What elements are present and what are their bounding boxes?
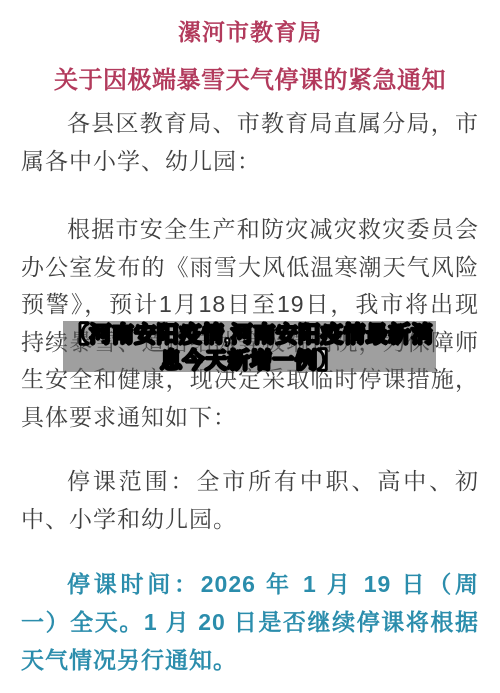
org-title: 漯河市教育局	[0, 14, 500, 47]
text-line: 停课范围：全市所有中职、高中、初	[21, 463, 479, 501]
text-line: 停课时间：2026 年 1 月 19 日（周	[21, 565, 479, 603]
text-line: 预警》，预计1月18日至19日，我市将出现	[21, 286, 479, 324]
text-line: 具体要求通知如下：	[21, 399, 479, 437]
text-line: 属各中小学、幼儿园：	[21, 143, 479, 181]
text-line: 办公室发布的《雨雪大风低温寒潮天气风险	[21, 249, 479, 287]
text-line: 中、小学和幼儿园。	[21, 501, 479, 539]
text-line: 天气情况另行通知。	[21, 641, 479, 679]
text-line: 根据市安全生产和防灾减灾救灾委员会	[21, 211, 479, 249]
notice-document: 漯河市教育局 关于因极端暴雪天气停课的紧急通知 各县区教育局、市教育局直属分局，…	[0, 0, 500, 693]
text-line: 一）全天。1 月 20 日是否继续停课将根据	[21, 603, 479, 641]
watermark-line-1: 【河南安阳疫情,河南安阳疫情最新消	[40, 322, 460, 348]
scope-paragraph: 停课范围：全市所有中职、高中、初 中、小学和幼儿园。	[21, 463, 479, 538]
time-paragraph: 停课时间：2026 年 1 月 19 日（周 一）全天。1 月 20 日是否继续…	[21, 565, 479, 679]
text-line: 各县区教育局、市教育局直属分局，市	[21, 105, 479, 143]
subject-title: 关于因极端暴雪天气停课的紧急通知	[0, 60, 500, 95]
watermark-line-2: 息今天新增一例】	[40, 348, 460, 374]
watermark-caption: 【河南安阳疫情,河南安阳疫情最新消 息今天新增一例】	[40, 322, 460, 374]
salutation-paragraph: 各县区教育局、市教育局直属分局，市 属各中小学、幼儿园：	[21, 105, 479, 180]
